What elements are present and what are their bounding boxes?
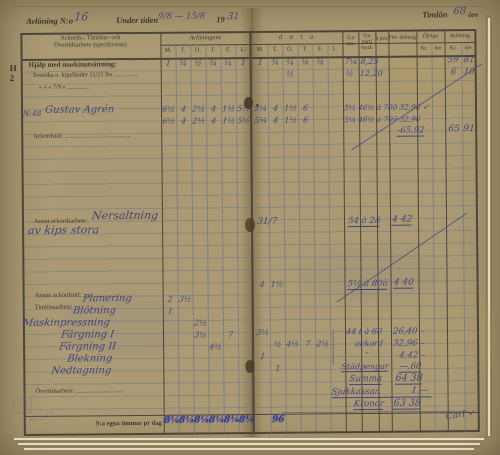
total-rule-line — [282, 411, 470, 413]
sum-connector-line — [336, 213, 468, 302]
ink-annotations — [0, 0, 500, 455]
sum-connector-line — [351, 64, 483, 150]
scanned-wage-ledger-photo: Avlöning N:o 16 Under tiden 9/8 — 15/8 1… — [0, 0, 500, 455]
ledger-content: Avlöning N:o 16 Under tiden 9/8 — 15/8 1… — [0, 0, 500, 455]
